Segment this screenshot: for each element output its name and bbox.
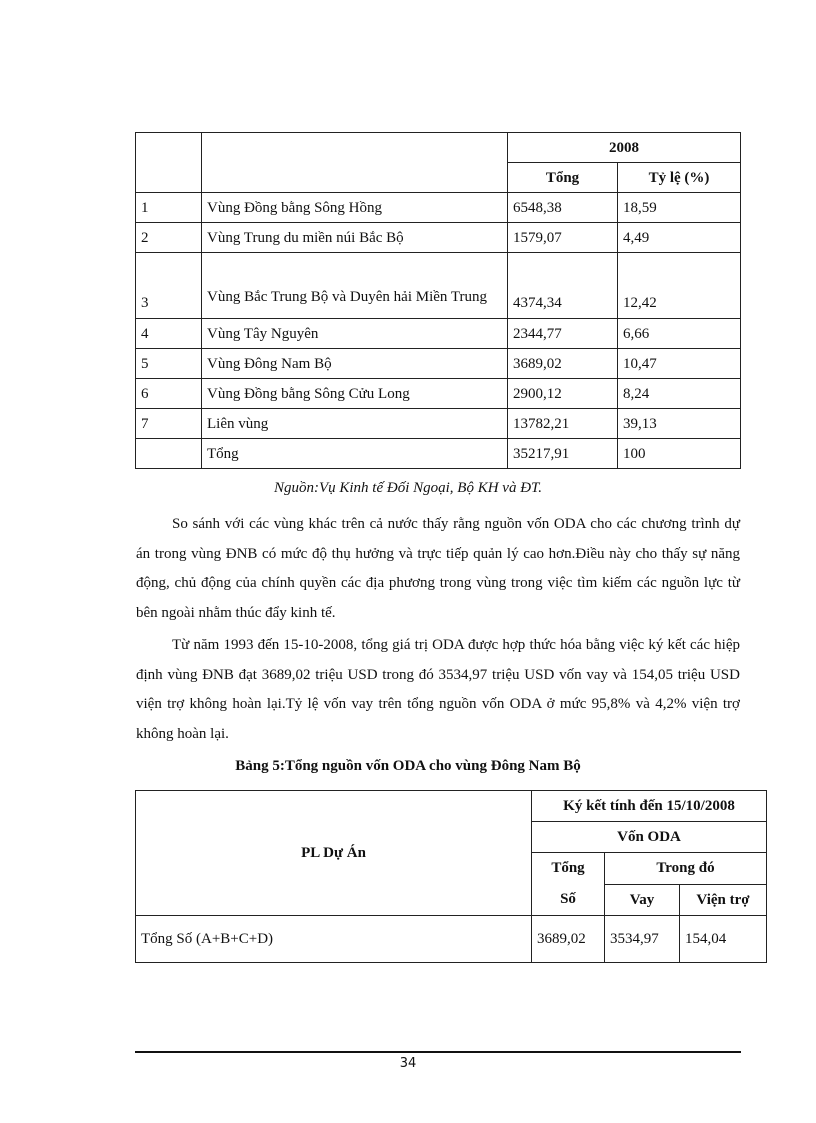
table-caption: Bảng 5:Tổng nguồn vốn ODA cho vùng Đông … (0, 758, 816, 775)
row-total: 3689,02 (532, 916, 605, 963)
row-total: 35217,91 (508, 439, 618, 469)
header-total-line2: Số (560, 891, 576, 907)
row-region: Vùng Đồng bằng Sông Hồng (202, 193, 508, 223)
header-loan: Vay (605, 884, 680, 916)
row-aid: 154,04 (680, 916, 767, 963)
row-no: 3 (136, 253, 202, 319)
header-project: PL Dự Án (136, 791, 532, 916)
row-ratio: 100 (618, 439, 741, 469)
table-row: 3 Vùng Bắc Trung Bộ và Duyên hải Miền Tr… (136, 253, 741, 319)
row-total: 4374,34 (508, 253, 618, 319)
table-header-row: 2008 (136, 133, 741, 163)
header-total: Tổng (508, 163, 618, 193)
row-total: 1579,07 (508, 223, 618, 253)
row-total: 3689,02 (508, 349, 618, 379)
row-loan: 3534,97 (605, 916, 680, 963)
table-row: 6 Vùng Đồng bằng Sông Cửu Long 2900,12 8… (136, 379, 741, 409)
header-ratio: Tỷ lệ (%) (618, 163, 741, 193)
row-region: Vùng Đông Nam Bộ (202, 349, 508, 379)
row-region: Liên vùng (202, 409, 508, 439)
row-region: Vùng Tây Nguyên (202, 319, 508, 349)
row-no: 6 (136, 379, 202, 409)
row-ratio: 4,49 (618, 223, 741, 253)
table-row: Tổng Số (A+B+C+D) 3689,02 3534,97 154,04 (136, 916, 767, 963)
table-row: 2 Vùng Trung du miền núi Bắc Bộ 1579,07 … (136, 223, 741, 253)
row-ratio: 10,47 (618, 349, 741, 379)
oda-by-region-table: 2008 Tổng Tỷ lệ (%) 1 Vùng Đồng bằng Sôn… (135, 132, 741, 469)
table-total-row: Tổng 35217,91 100 (136, 439, 741, 469)
header-aid: Viện trợ (680, 884, 767, 916)
body-paragraph: So sánh với các vùng khác trên cả nước t… (136, 510, 740, 628)
page-number: 34 (0, 1056, 816, 1071)
header-cell-no (136, 133, 202, 193)
header-signed-date: Ký kết tính đến 15/10/2008 (532, 791, 767, 822)
row-no: 5 (136, 349, 202, 379)
row-no: 2 (136, 223, 202, 253)
row-ratio: 39,13 (618, 409, 741, 439)
footer-divider (135, 1051, 741, 1053)
row-ratio: 12,42 (618, 253, 741, 319)
row-ratio: 8,24 (618, 379, 741, 409)
row-no: 4 (136, 319, 202, 349)
row-total: 2344,77 (508, 319, 618, 349)
oda-southeast-table: PL Dự Án Ký kết tính đến 15/10/2008 Vốn … (135, 790, 767, 963)
table-source-note: Nguồn:Vụ Kinh tế Đối Ngoại, Bộ KH và ĐT. (0, 480, 816, 497)
table-row: 1 Vùng Đồng bằng Sông Hồng 6548,38 18,59 (136, 193, 741, 223)
row-ratio: 18,59 (618, 193, 741, 223)
row-no (136, 439, 202, 469)
row-no: 1 (136, 193, 202, 223)
row-total: 13782,21 (508, 409, 618, 439)
row-total: 2900,12 (508, 379, 618, 409)
row-region: Vùng Trung du miền núi Bắc Bộ (202, 223, 508, 253)
header-oda: Vốn ODA (532, 822, 767, 853)
header-cell-region (202, 133, 508, 193)
table-row: 4 Vùng Tây Nguyên 2344,77 6,66 (136, 319, 741, 349)
header-total: Tổng Số (532, 853, 605, 916)
row-region: Tổng (202, 439, 508, 469)
row-region: Vùng Bắc Trung Bộ và Duyên hải Miền Trun… (202, 253, 508, 319)
row-total: 6548,38 (508, 193, 618, 223)
header-year: 2008 (508, 133, 741, 163)
row-no: 7 (136, 409, 202, 439)
table-row: 5 Vùng Đông Nam Bộ 3689,02 10,47 (136, 349, 741, 379)
table-header-row: PL Dự Án Ký kết tính đến 15/10/2008 (136, 791, 767, 822)
row-ratio: 6,66 (618, 319, 741, 349)
header-of-which: Trong đó (605, 853, 767, 885)
row-project: Tổng Số (A+B+C+D) (136, 916, 532, 963)
table-row: 7 Liên vùng 13782,21 39,13 (136, 409, 741, 439)
row-region: Vùng Đồng bằng Sông Cửu Long (202, 379, 508, 409)
header-total-line1: Tổng (551, 860, 584, 876)
body-paragraph: Từ năm 1993 đến 15-10-2008, tổng giá trị… (136, 631, 740, 749)
